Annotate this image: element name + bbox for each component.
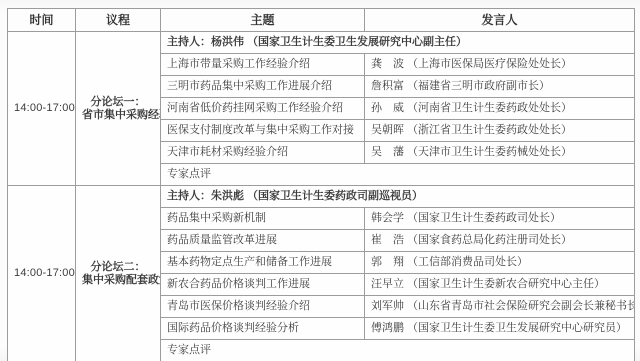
time-cell-section2: 14:00-17:00 [8, 186, 76, 361]
agenda-title: 分论坛一： [91, 96, 146, 108]
column-header-topic: 主题 [161, 9, 365, 32]
table-row: 14:00-17:00 分论坛二： 集中采购配套政策及影响分析 主持人：朱洪彪 … [8, 186, 635, 208]
time-cell-section1: 14:00-17:00 [8, 32, 76, 186]
topic-cell: 三明市药品集中采购工作进展介绍 [161, 76, 365, 98]
moderator-cell: 主持人：杨洪伟 （国家卫生计生委卫生发展研究中心副主任） [161, 32, 635, 54]
speaker-cell: 吴 藩 （天津市卫生计生委药械处处长） [365, 142, 635, 164]
agenda-subtitle: 集中采购配套政策及影响分析 [82, 274, 161, 286]
topic-cell: 国际药品价格谈判经验分析 [161, 318, 365, 340]
speaker-cell: 韩会学 （国家卫生计生委药政司处长） [365, 208, 635, 230]
document-page: 时间 议程 主题 发言人 14:00-17:00 分论坛一： 省市集中采购经验交… [0, 0, 640, 361]
moderator-cell: 主持人：朱洪彪 （国家卫生计生委药政司副巡视员） [161, 186, 635, 208]
table-row: 14:00-17:00 分论坛一： 省市集中采购经验交流 主持人：杨洪伟 （国家… [8, 32, 635, 54]
expert-review-cell: 专家点评 [161, 164, 635, 186]
column-header-time: 时间 [8, 9, 76, 32]
topic-cell: 上海市带量采购工作经验介绍 [161, 54, 365, 76]
expert-review-cell: 专家点评 [161, 340, 635, 361]
column-header-speaker: 发言人 [365, 9, 635, 32]
topic-cell: 医保支付制度改革与集中采购工作对接 [161, 120, 365, 142]
topic-cell: 河南省低价药挂网采购工作经验介绍 [161, 98, 365, 120]
speaker-cell: 孙 威 （河南省卫生计生委药政处处长） [365, 98, 635, 120]
column-header-agenda: 议程 [76, 9, 161, 32]
speaker-cell: 龚 波 （上海市医保局医疗保险处处长） [365, 54, 635, 76]
agenda-table: 时间 议程 主题 发言人 14:00-17:00 分论坛一： 省市集中采购经验交… [7, 8, 635, 361]
topic-cell: 青岛市医保价格谈判经验介绍 [161, 296, 365, 318]
speaker-cell: 崔 浩 （国家食药总局化药注册司处长） [365, 230, 635, 252]
topic-cell: 新农合药品价格谈判工作进展 [161, 274, 365, 296]
agenda-cell-section1: 分论坛一： 省市集中采购经验交流 [76, 32, 161, 186]
speaker-cell: 汪早立 （国家卫生计生委新农合研究中心主任） [365, 274, 635, 296]
agenda-title: 分论坛二： [91, 261, 146, 273]
speaker-cell: 吴朝晖 （浙江省卫生计生委药政处处长） [365, 120, 635, 142]
topic-cell: 天津市耗材采购经验介绍 [161, 142, 365, 164]
agenda-subtitle: 省市集中采购经验交流 [82, 109, 161, 121]
header-row: 时间 议程 主题 发言人 [8, 9, 635, 32]
speaker-cell: 詹积富 （福建省三明市政府副市长） [365, 76, 635, 98]
speaker-cell: 郭 翔 （工信部消费品司处长） [365, 252, 635, 274]
speaker-cell: 傅鸿鹏 （国家卫生计生委卫生发展研究中心研究员） [365, 318, 635, 340]
topic-cell: 基本药物定点生产和储备工作进展 [161, 252, 365, 274]
speaker-cell: 刘军帅 （山东省青岛市社会保险研究会副会长兼秘书长） [365, 296, 635, 318]
topic-cell: 药品质量监管改革进展 [161, 230, 365, 252]
topic-cell: 药品集中采购新机制 [161, 208, 365, 230]
agenda-cell-section2: 分论坛二： 集中采购配套政策及影响分析 [76, 186, 161, 361]
